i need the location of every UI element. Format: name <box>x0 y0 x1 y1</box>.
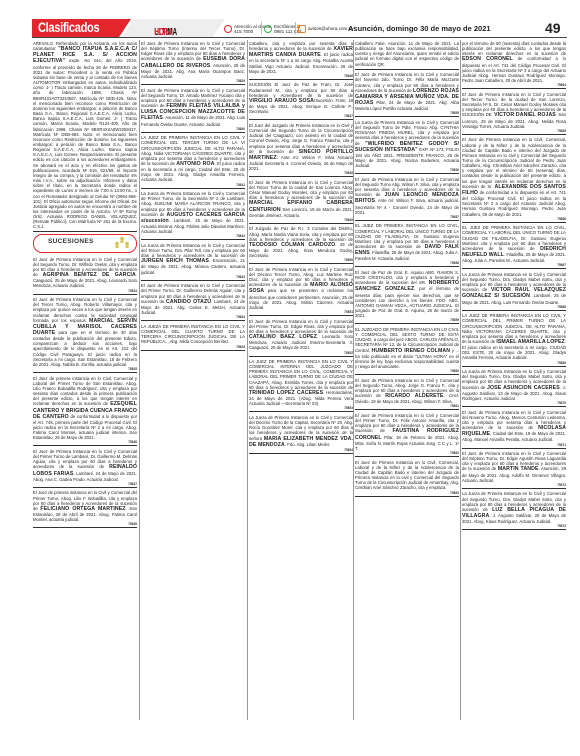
legal-notice: La Jueza de Primera Instancia en lo Civi… <box>249 414 353 454</box>
notice-code: 75856 <box>355 168 459 172</box>
notice-code: 75841 <box>141 183 245 187</box>
notice-code: 75842 <box>141 234 245 238</box>
notice-code: 75849 <box>249 218 353 222</box>
legal-notice: La Jueza de Primera Instancia en lo Civi… <box>462 490 566 530</box>
column-divider <box>460 40 461 720</box>
notice-tail: . Filadelfia, 25 de Mayo de 2021. Abog. … <box>355 250 459 261</box>
newspaper-logo: ULTIMAHORA <box>122 19 225 37</box>
divider <box>261 22 262 34</box>
notice-name: RICARDO ALDERETE <box>385 393 443 399</box>
notice-code: 75860 <box>355 369 459 373</box>
notice-text: LA JUEZA DE PRIMERA INSTANCIA EN LO CIVI… <box>141 324 245 344</box>
column-3: Caballero, cita y emplaza por sesenta dí… <box>249 40 353 720</box>
section-label: SUCESIONES <box>48 239 94 244</box>
notice-code: 75863 <box>355 491 459 495</box>
legal-notice: por el término de 60 (sesenta) días cont… <box>462 40 566 89</box>
header-rule <box>32 37 567 38</box>
column-divider <box>353 40 354 720</box>
notice-name: TRINIDAD LOPEZ CACERES <box>249 390 323 396</box>
notice-name: VICTOR DANIEL ROJAS <box>494 112 556 118</box>
notice-tail: expte. No 244, del Año 2016, conforme al… <box>33 58 137 229</box>
column-2: El Juez de Primera Instancia en lo Civil… <box>141 40 245 720</box>
legal-notice: El Juez de Primera Instancia en lo Civil… <box>141 87 245 133</box>
notice-name: MARTIN TANDE <box>498 466 539 472</box>
notice-code: 75867 <box>462 263 566 267</box>
legal-notice: La Jueza de Primera Instancia en lo Civi… <box>462 368 566 407</box>
legal-notice: El Juez de Primera Instancia en lo Civil… <box>249 179 353 224</box>
notice-name: EDSON CORONEL <box>462 56 513 62</box>
notice-name: JURGEN ERICH THOMAS <box>141 258 209 264</box>
notice-code: 75850 <box>249 258 353 262</box>
notice-code: 75836 <box>33 440 137 444</box>
notice-text: El Juzgado de Paz de R.I. 3 Corrales del… <box>249 226 353 241</box>
legal-notice: El Juez de Primera Instancia en lo Civil… <box>355 176 459 221</box>
notice-name: TEODOSIO COLMAN CARDOZO <box>249 242 335 248</box>
legal-notice: El Juez de Primera Instancia en lo Civil… <box>141 282 245 321</box>
legal-notice: El Juez de Paz de Gral. E. Aquino ABG. R… <box>355 269 459 324</box>
notice-code: 75870 <box>462 401 566 405</box>
notice-code: 75852 <box>249 351 353 355</box>
legal-notice: La Jueza de Primera Instancia en lo Civi… <box>355 119 459 174</box>
column-4: Caballero Fatie. Asunción, 11 de Mayo de… <box>355 40 459 720</box>
notice-name: ISMAEL AMARILLA LOPEZ <box>496 339 565 345</box>
notice-code: 75834 <box>33 289 137 293</box>
notice-tail: para que se presenten a reclamar los der… <box>249 288 353 309</box>
legal-notice: EL JUEZ DE PRIMERA INSTANCIA EN LO CIVIL… <box>355 222 459 267</box>
column-divider <box>247 40 248 720</box>
notice-code: 75838 <box>33 522 137 526</box>
notice-name: VIRGILIO ARAUJO SOSA <box>249 98 314 104</box>
legal-notice: Caballero, cita y emplaza por sesenta dí… <box>249 40 353 80</box>
notice-code: 75858 <box>355 261 459 265</box>
legal-notice: El Juez de Primera Instancia en lo Civil… <box>355 71 459 117</box>
divider <box>295 22 296 34</box>
notice-text: por el término de 60 (sesenta) días cont… <box>462 41 566 56</box>
notice-code: 75847 <box>249 114 353 118</box>
notice-code: 75868 <box>462 305 566 309</box>
legal-notice: El Juez de Primera Instancia en lo Civil… <box>33 256 137 295</box>
notice-code: 75861 <box>355 404 459 408</box>
column-1: AREVALO. Refrendado por la Actuaria, en … <box>33 40 137 720</box>
notice-name: CANDIDO OTAZÚ <box>166 299 211 305</box>
notice-text: El Juez de Primera Instancia en lo Civil… <box>249 319 353 334</box>
page-header: Clasificados ULTIMAHORA Atención al clie… <box>32 19 572 37</box>
notice-code: 75846 <box>249 74 353 78</box>
section-title: Clasificados <box>38 20 99 35</box>
notice-text: Caballero Fatie. Asunción, 11 de Mayo de… <box>355 41 459 67</box>
whatsapp-icon <box>264 25 272 33</box>
legal-notice: El Juez de Primera Instancia en lo Civil… <box>249 266 353 316</box>
notice-code: 75843 <box>141 275 245 279</box>
notice-text: El Juez de Primera Instancia en lo Civil… <box>462 137 566 188</box>
legal-notice: El Juez de primera instancia en lo Civil… <box>33 375 137 447</box>
legal-notice: El Juez de Primera Instancia en lo Civil… <box>462 91 566 135</box>
section-header-sucesiones: SUCESIONES <box>33 234 137 253</box>
notice-tail: . Fdo. Abg. Lilian Meiler. <box>285 442 330 447</box>
notice-text: El Juez de Primera Instancia en lo Civil… <box>249 180 353 200</box>
notice-code: 75845 <box>141 345 245 349</box>
legal-notice: El Juez de Primera Instancia en lo Civil… <box>33 296 137 373</box>
notice-code: 75862 <box>355 451 459 455</box>
legal-notice: El Juez de Primera Instancia en lo Civil… <box>355 377 459 411</box>
notice-text: El Juez de Primera Instancia en lo Civil… <box>355 460 459 491</box>
notice-code: 75865 <box>462 129 566 133</box>
legal-notice: SUCESIÓN El Juez de Paz de Fram, Dr. Jos… <box>249 81 353 120</box>
mail-icon <box>298 25 306 33</box>
notice-code: 75844 <box>141 315 245 319</box>
legal-notice: El Juez del Juzgado de Primera Instancia… <box>249 122 353 177</box>
legal-notice: El Juez de Primera Instancia en lo Civil… <box>249 318 353 357</box>
people-icon <box>112 236 132 250</box>
contact-email: avisos@uhora.com.py <box>298 21 354 36</box>
page-number: 49 <box>545 20 561 36</box>
legal-notice: LA JUEZ DE PRIMERA INSTANCIA EN LO CIVIL… <box>249 358 353 412</box>
column-5: por el término de 60 (sesenta) días cont… <box>462 40 566 720</box>
legal-notice: El Juez de primera instancia en lo Civil… <box>33 489 137 528</box>
notice-name: JOSE ASUNCION CACERES <box>487 385 560 391</box>
notice-code: 75855 <box>355 111 459 115</box>
notice-name: ANTONIO ROA <box>176 161 214 167</box>
legal-notice: La Jueza de Primera Instancia en lo Civi… <box>141 242 245 281</box>
notice-code: 75866 <box>462 217 566 221</box>
notice-code: 75853 <box>249 406 353 410</box>
notice-code: 75873 <box>462 524 566 528</box>
notice-code: 75835 <box>33 367 137 371</box>
column-divider <box>139 40 140 720</box>
legal-notice: El Juez de Primera Instancia en lo Civil… <box>355 459 459 498</box>
legal-notice: EL JUEZ DE PRIMERA INSTANCIA EN LO CIVIL… <box>462 224 566 269</box>
notice-code: 75859 <box>355 318 459 322</box>
section-banner: Clasificados <box>32 19 131 37</box>
notice-code: 75871 <box>462 443 566 447</box>
notice-tail: de conformidad a lo dispuesto en el Art.… <box>462 190 566 217</box>
legal-notice: Caballero Fatie. Asunción, 11 de Mayo de… <box>355 40 459 70</box>
legal-notice: El Juez de Primera Instancia en lo Civil… <box>462 136 566 222</box>
legal-notice: AREVALO. Refrendado por la Actuaria, en … <box>33 40 137 232</box>
notice-name: AGRIPINA BENITEZ DE GARCIA <box>43 272 136 278</box>
notice-code: 75869 <box>462 361 566 365</box>
legal-notice: La Jueza de Primera Instancia en lo Civi… <box>141 190 245 240</box>
legal-notice: LA JUEZ DE PRIMERA INSTANCIA EN LO CIVIL… <box>141 134 245 188</box>
legal-notice: El Juez de Primera Instancia en lo Civil… <box>355 412 459 457</box>
contact-email-value: avisos@uhora.com.py <box>308 26 354 31</box>
legal-notice: El Juzgado de Paz de R.I. 3 Corrales del… <box>249 225 353 264</box>
legal-notice: EL JUZGADO DE PRIMERA INSTANCIA EN LO CI… <box>355 326 459 375</box>
notice-code: 75840 <box>141 127 245 131</box>
legal-notice: El Juez de Primera Instancia en lo Civil… <box>33 448 137 488</box>
notice-code: 75864 <box>462 83 566 87</box>
notice-code: 75857 <box>355 215 459 219</box>
legal-notice: El Juez de Primera Instancia en lo Civil… <box>462 409 566 449</box>
phone-icon <box>224 25 232 33</box>
notice-code: 75839 <box>141 79 245 83</box>
legal-notice: LA JUEZA DE PRIMERA INSTANCIA EN LO CIVI… <box>141 323 245 352</box>
notice-text: La Jueza de Primera Instancia en lo Civi… <box>141 243 245 258</box>
notice-code: 75837 <box>33 482 137 486</box>
legal-notice: El Juez de Primera Instancia en lo Civil… <box>462 450 566 489</box>
notice-code: 75848 <box>249 171 353 175</box>
notice-code: 75854 <box>249 448 353 452</box>
notice-name: FELICIANO ORTEGA MARTINEZ <box>40 506 125 512</box>
publication-date: Asunción, domingo 30 de mayo de 2021 <box>348 24 491 33</box>
legal-notice: El Juez de Primera Instancia en lo Civil… <box>141 40 245 85</box>
legal-notice: La Jueza de Primera Instancia en lo Civi… <box>462 271 566 311</box>
notice-code: 75851 <box>249 310 353 314</box>
notice-text: SUCESIÓN El Juez de Paz de Fram, Dr. Jos… <box>249 82 353 97</box>
notice-text: LA JUEZ DE PRIMERA INSTANCIA EN LO CIVIL… <box>249 359 353 390</box>
notice-tail: para que en el término de 30 días contad… <box>33 330 137 367</box>
notice-name: CATALINO BAEZ LOPEZ <box>249 334 317 340</box>
notice-name: HUMBERTO IRENEO COLMAN <box>372 348 451 354</box>
notice-code: 75872 <box>462 483 566 487</box>
legal-notice: LA JUEZ DE PRIMERA INSTANCIA EN LO CIVIL… <box>462 312 566 366</box>
